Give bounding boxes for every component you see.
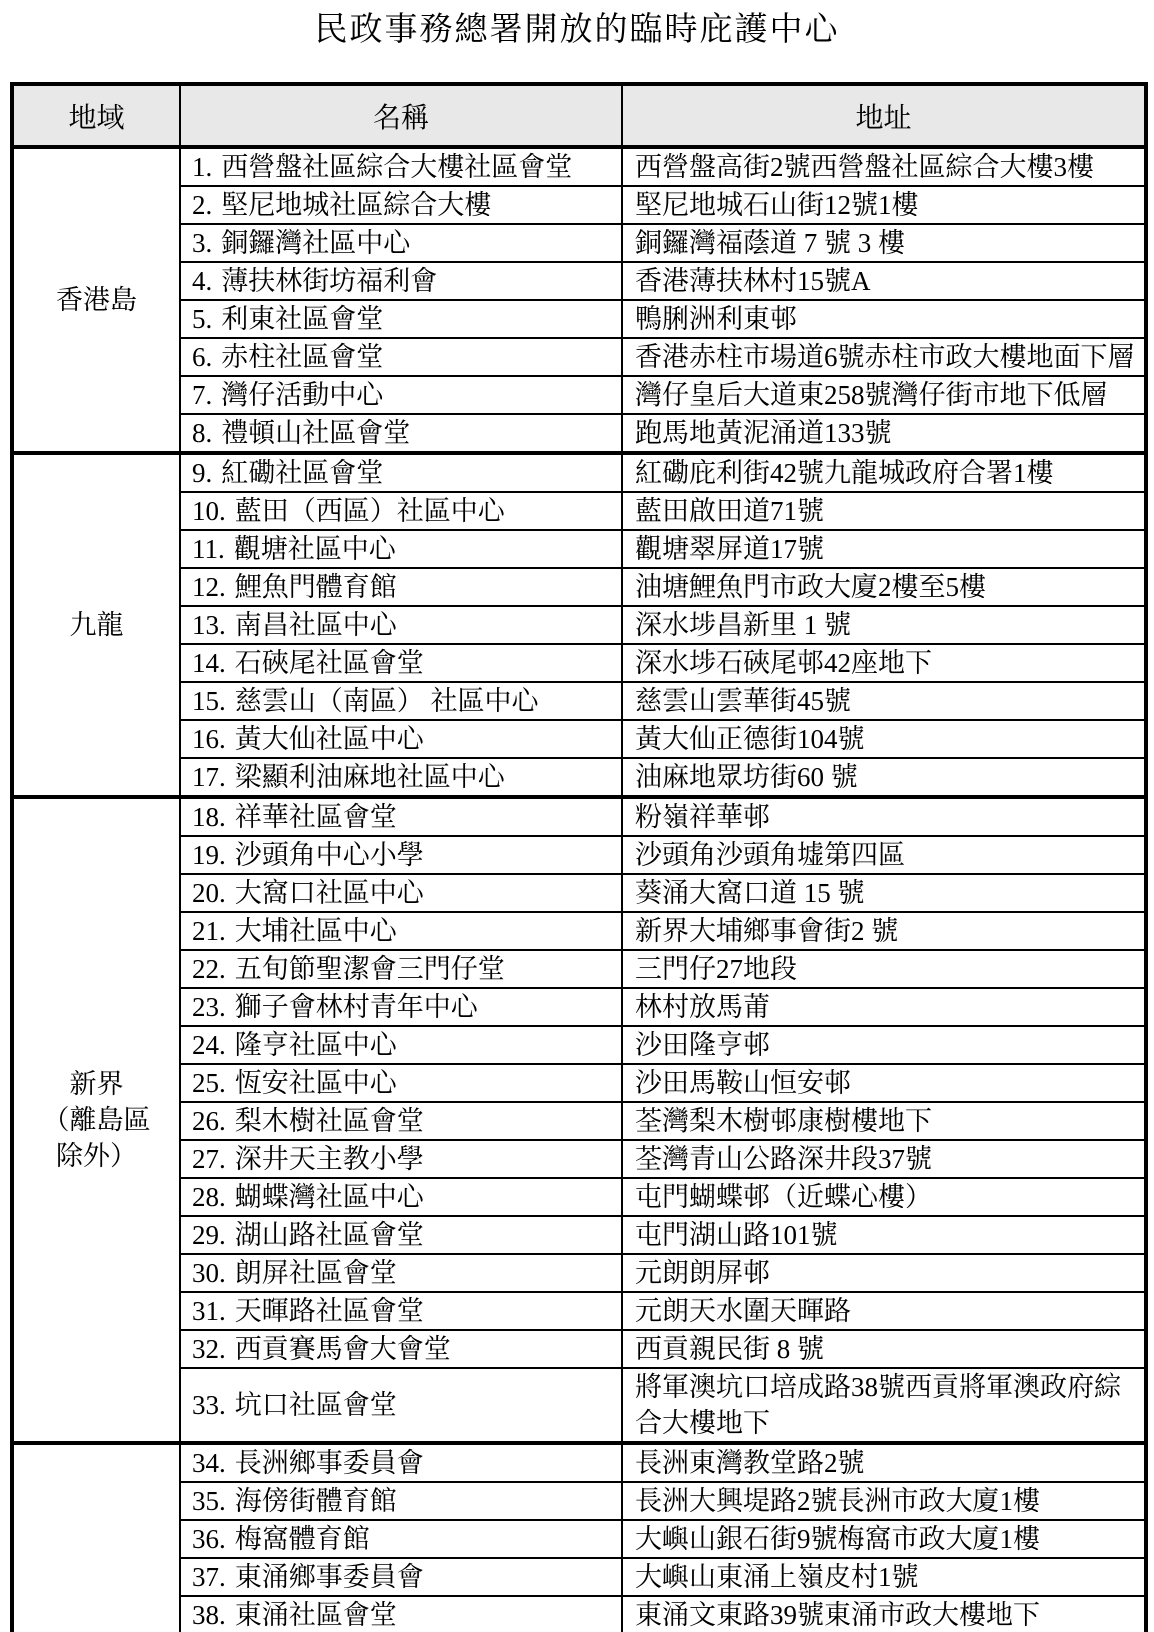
region-cell: 香港島	[12, 147, 180, 453]
name-cell: 10.藍田（西區）社區中心	[180, 492, 622, 530]
row-address: 將軍澳坑口培成路38號西貢將軍澳政府綜合大樓地下	[635, 1372, 1121, 1438]
row-number: 20.	[192, 878, 226, 908]
region-cell: 新界（離島區除外）	[12, 797, 180, 1443]
name-cell: 35.海傍街體育館	[180, 1482, 622, 1520]
row-name: 梨木樹社區會堂	[235, 1106, 424, 1136]
row-number: 6.	[192, 342, 212, 372]
row-address: 油塘鯉魚門市政大廈2樓至5樓	[635, 572, 986, 602]
row-address: 藍田啟田道71號	[635, 496, 824, 526]
table-row: 26.梨木樹社區會堂 荃灣梨木樹邨康樹樓地下	[12, 1102, 1146, 1140]
address-cell: 林村放馬莆	[622, 988, 1146, 1026]
name-cell: 1.西營盤社區綜合大樓社區會堂	[180, 147, 622, 186]
address-cell: 三門仔27地段	[622, 950, 1146, 988]
table-row: 23.獅子會林村青年中心 林村放馬莆	[12, 988, 1146, 1026]
name-cell: 6.赤柱社區會堂	[180, 338, 622, 376]
name-cell: 28.蝴蝶灣社區中心	[180, 1178, 622, 1216]
table-row: 33.坑口社區會堂 將軍澳坑口培成路38號西貢將軍澳政府綜合大樓地下	[12, 1368, 1146, 1443]
row-address: 堅尼地城石山街12號1樓	[635, 190, 919, 220]
column-header-name: 名稱	[180, 84, 622, 147]
row-name: 沙頭角中心小學	[235, 840, 424, 870]
address-cell: 紅磡庇利街42號九龍城政府合署1樓	[622, 453, 1146, 492]
row-name: 紅磡社區會堂	[221, 458, 383, 488]
name-cell: 30.朗屏社區會堂	[180, 1254, 622, 1292]
row-number: 27.	[192, 1144, 226, 1174]
table-row: 10.藍田（西區）社區中心 藍田啟田道71號	[12, 492, 1146, 530]
address-cell: 粉嶺祥華邨	[622, 797, 1146, 836]
row-name: 鯉魚門體育館	[235, 572, 397, 602]
row-name: 薄扶林街坊福利會	[221, 266, 437, 296]
row-number: 30.	[192, 1258, 226, 1288]
row-number: 8.	[192, 418, 212, 448]
table-row: 6.赤柱社區會堂 香港赤柱市場道6號赤柱市政大樓地面下層	[12, 338, 1146, 376]
row-address: 元朗天水圍天暉路	[635, 1296, 851, 1326]
address-cell: 深水埗昌新里 1 號	[622, 606, 1146, 644]
address-cell: 長洲大興堤路2號長洲市政大廈1樓	[622, 1482, 1146, 1520]
table-row: 14.石硤尾社區會堂 深水埗石硤尾邨42座地下	[12, 644, 1146, 682]
name-cell: 22.五旬節聖潔會三門仔堂	[180, 950, 622, 988]
address-cell: 觀塘翠屏道17號	[622, 530, 1146, 568]
address-cell: 黃大仙正德街104號	[622, 720, 1146, 758]
address-cell: 沙田馬鞍山恒安邨	[622, 1064, 1146, 1102]
table-row: 13.南昌社區中心 深水埗昌新里 1 號	[12, 606, 1146, 644]
table-row: 22.五旬節聖潔會三門仔堂 三門仔27地段	[12, 950, 1146, 988]
row-name: 大窩口社區中心	[235, 878, 424, 908]
row-address: 跑馬地黃泥涌道133號	[635, 418, 892, 448]
table-row: 15.慈雲山（南區） 社區中心 慈雲山雲華街45號	[12, 682, 1146, 720]
row-address: 鴨脷洲利東邨	[635, 304, 797, 334]
address-cell: 元朗天水圍天暉路	[622, 1292, 1146, 1330]
address-cell: 深水埗石硤尾邨42座地下	[622, 644, 1146, 682]
table-row: 32.西貢賽馬會大會堂 西貢親民街 8 號	[12, 1330, 1146, 1368]
table-row: 38.東涌社區會堂 東涌文東路39號東涌市政大樓地下	[12, 1596, 1146, 1632]
row-number: 10.	[192, 496, 226, 526]
row-address: 東涌文東路39號東涌市政大樓地下	[635, 1600, 1040, 1630]
row-address: 屯門湖山路101號	[635, 1220, 838, 1250]
address-cell: 荃灣梨木樹邨康樹樓地下	[622, 1102, 1146, 1140]
address-cell: 銅鑼灣福蔭道 7 號 3 樓	[622, 224, 1146, 262]
document-page: 民政事務總署開放的臨時庇護中心 地域 名稱 地址 香港島1.西營盤社區綜合大樓社…	[0, 10, 1154, 1632]
address-cell: 新界大埔鄉事會街2 號	[622, 912, 1146, 950]
row-name: 利東社區會堂	[221, 304, 383, 334]
address-cell: 香港赤柱市場道6號赤柱市政大樓地面下層	[622, 338, 1146, 376]
row-name: 五旬節聖潔會三門仔堂	[235, 954, 505, 984]
name-cell: 34.長洲鄉事委員會	[180, 1443, 622, 1482]
row-number: 33.	[192, 1390, 226, 1420]
name-cell: 5.利東社區會堂	[180, 300, 622, 338]
row-number: 38.	[192, 1600, 226, 1630]
row-name: 赤柱社區會堂	[221, 342, 383, 372]
name-cell: 24.隆亨社區中心	[180, 1026, 622, 1064]
table-row: 29.湖山路社區會堂 屯門湖山路101號	[12, 1216, 1146, 1254]
name-cell: 8.禮頓山社區會堂	[180, 414, 622, 453]
name-cell: 9.紅磡社區會堂	[180, 453, 622, 492]
table-row: 7.灣仔活動中心 灣仔皇后大道東258號灣仔街市地下低層	[12, 376, 1146, 414]
region-label-line: 九龍	[16, 607, 177, 643]
row-address: 荃灣青山公路深井段37號	[635, 1144, 932, 1174]
row-number: 22.	[192, 954, 226, 984]
address-cell: 香港薄扶林村15號A	[622, 262, 1146, 300]
table-row: 19.沙頭角中心小學 沙頭角沙頭角墟第四區	[12, 836, 1146, 874]
row-address: 西營盤高街2號西營盤社區綜合大樓3樓	[635, 152, 1094, 182]
row-number: 35.	[192, 1486, 226, 1516]
name-cell: 29.湖山路社區會堂	[180, 1216, 622, 1254]
table-row: 11.觀塘社區中心 觀塘翠屏道17號	[12, 530, 1146, 568]
name-cell: 16.黃大仙社區中心	[180, 720, 622, 758]
row-name: 蝴蝶灣社區中心	[235, 1182, 424, 1212]
address-cell: 將軍澳坑口培成路38號西貢將軍澳政府綜合大樓地下	[622, 1368, 1146, 1443]
row-number: 36.	[192, 1524, 226, 1554]
row-address: 三門仔27地段	[635, 954, 797, 984]
row-address: 香港薄扶林村15號A	[635, 266, 871, 296]
row-number: 19.	[192, 840, 226, 870]
name-cell: 26.梨木樹社區會堂	[180, 1102, 622, 1140]
row-number: 15.	[192, 686, 226, 716]
row-name: 梁顯利油麻地社區中心	[235, 762, 505, 792]
name-cell: 33.坑口社區會堂	[180, 1368, 622, 1443]
row-name: 坑口社區會堂	[235, 1390, 397, 1420]
name-cell: 18.祥華社區會堂	[180, 797, 622, 836]
address-cell: 大嶼山銀石街9號梅窩市政大廈1樓	[622, 1520, 1146, 1558]
column-header-region: 地域	[12, 84, 180, 147]
row-number: 28.	[192, 1182, 226, 1212]
region-label-line: 香港島	[16, 282, 177, 318]
table-row: 新界（離島區除外）18.祥華社區會堂 粉嶺祥華邨	[12, 797, 1146, 836]
row-number: 24.	[192, 1030, 226, 1060]
table-row: 37.東涌鄉事委員會 大嶼山東涌上嶺皮村1號	[12, 1558, 1146, 1596]
name-cell: 32.西貢賽馬會大會堂	[180, 1330, 622, 1368]
row-name: 黃大仙社區中心	[235, 724, 424, 754]
table-row: 31.天暉路社區會堂 元朗天水圍天暉路	[12, 1292, 1146, 1330]
row-name: 觀塘社區中心	[234, 534, 396, 564]
name-cell: 31.天暉路社區會堂	[180, 1292, 622, 1330]
table-row: 17.梁顯利油麻地社區中心 油麻地眾坊街60 號	[12, 758, 1146, 797]
address-cell: 長洲東灣教堂路2號	[622, 1443, 1146, 1482]
row-address: 屯門蝴蝶邨（近蝶心樓）	[635, 1182, 932, 1212]
table-row: 16.黃大仙社區中心 黃大仙正德街104號	[12, 720, 1146, 758]
region-label-line: 新界	[16, 1066, 177, 1102]
row-number: 34.	[192, 1448, 226, 1478]
row-name: 恆安社區中心	[235, 1068, 397, 1098]
name-cell: 12.鯉魚門體育館	[180, 568, 622, 606]
table-row: 34.長洲鄉事委員會 長洲東灣教堂路2號	[12, 1443, 1146, 1482]
table-row: 4.薄扶林街坊福利會 香港薄扶林村15號A	[12, 262, 1146, 300]
table-row: 35.海傍街體育館 長洲大興堤路2號長洲市政大廈1樓	[12, 1482, 1146, 1520]
table-body: 香港島1.西營盤社區綜合大樓社區會堂 西營盤高街2號西營盤社區綜合大樓3樓 2.…	[12, 147, 1146, 1632]
row-number: 3.	[192, 228, 212, 258]
address-cell: 沙田隆亨邨	[622, 1026, 1146, 1064]
region-cell: 九龍	[12, 453, 180, 797]
row-name: 朗屏社區會堂	[235, 1258, 397, 1288]
row-address: 長洲大興堤路2號長洲市政大廈1樓	[635, 1486, 1040, 1516]
row-address: 紅磡庇利街42號九龍城政府合署1樓	[635, 458, 1054, 488]
row-address: 元朗朗屏邨	[635, 1258, 770, 1288]
address-cell: 灣仔皇后大道東258號灣仔街市地下低層	[622, 376, 1146, 414]
row-name: 獅子會林村青年中心	[235, 992, 478, 1022]
row-address: 新界大埔鄉事會街2 號	[635, 916, 898, 946]
row-number: 23.	[192, 992, 226, 1022]
address-cell: 油塘鯉魚門市政大廈2樓至5樓	[622, 568, 1146, 606]
row-name: 海傍街體育館	[235, 1486, 397, 1516]
table-row: 36.梅窩體育館 大嶼山銀石街9號梅窩市政大廈1樓	[12, 1520, 1146, 1558]
row-address: 慈雲山雲華街45號	[635, 686, 851, 716]
table-row: 27.深井天主教小學 荃灣青山公路深井段37號	[12, 1140, 1146, 1178]
row-address: 西貢親民街 8 號	[635, 1334, 824, 1364]
table-row: 12.鯉魚門體育館 油塘鯉魚門市政大廈2樓至5樓	[12, 568, 1146, 606]
row-address: 深水埗石硤尾邨42座地下	[635, 648, 932, 678]
row-name: 西貢賽馬會大會堂	[235, 1334, 451, 1364]
row-name: 石硤尾社區會堂	[235, 648, 424, 678]
row-number: 25.	[192, 1068, 226, 1098]
row-name: 銅鑼灣社區中心	[221, 228, 410, 258]
row-number: 2.	[192, 190, 212, 220]
row-number: 13.	[192, 610, 226, 640]
name-cell: 11.觀塘社區中心	[180, 530, 622, 568]
table-row: 24.隆亨社區中心 沙田隆亨邨	[12, 1026, 1146, 1064]
row-number: 9.	[192, 458, 212, 488]
name-cell: 2.堅尼地城社區綜合大樓	[180, 186, 622, 224]
row-number: 32.	[192, 1334, 226, 1364]
row-address: 灣仔皇后大道東258號灣仔街市地下低層	[635, 380, 1108, 410]
row-address: 大嶼山東涌上嶺皮村1號	[635, 1562, 919, 1592]
name-cell: 4.薄扶林街坊福利會	[180, 262, 622, 300]
row-name: 西營盤社區綜合大樓社區會堂	[221, 152, 572, 182]
row-address: 葵涌大窩口道 15 號	[635, 878, 865, 908]
row-number: 37.	[192, 1562, 226, 1592]
row-number: 21.	[192, 916, 226, 946]
row-number: 1.	[192, 152, 212, 182]
table-row: 2.堅尼地城社區綜合大樓 堅尼地城石山街12號1樓	[12, 186, 1146, 224]
row-name: 慈雲山（南區） 社區中心	[235, 686, 539, 716]
row-address: 銅鑼灣福蔭道 7 號 3 樓	[635, 228, 905, 258]
address-cell: 西貢親民街 8 號	[622, 1330, 1146, 1368]
table-row: 九龍9.紅磡社區會堂 紅磡庇利街42號九龍城政府合署1樓	[12, 453, 1146, 492]
row-name: 梅窩體育館	[235, 1524, 370, 1554]
row-name: 長洲鄉事委員會	[235, 1448, 424, 1478]
row-address: 沙頭角沙頭角墟第四區	[635, 840, 905, 870]
row-name: 祥華社區會堂	[235, 802, 397, 832]
row-address: 黃大仙正德街104號	[635, 724, 865, 754]
row-name: 大埔社區中心	[235, 916, 397, 946]
row-number: 11.	[192, 534, 225, 564]
name-cell: 25.恆安社區中心	[180, 1064, 622, 1102]
row-address: 林村放馬莆	[635, 992, 770, 1022]
address-cell: 西營盤高街2號西營盤社區綜合大樓3樓	[622, 147, 1146, 186]
row-name: 南昌社區中心	[235, 610, 397, 640]
address-cell: 堅尼地城石山街12號1樓	[622, 186, 1146, 224]
name-cell: 3.銅鑼灣社區中心	[180, 224, 622, 262]
region-label-line: 除外）	[16, 1138, 177, 1174]
row-name: 禮頓山社區會堂	[221, 418, 410, 448]
row-number: 5.	[192, 304, 212, 334]
name-cell: 20.大窩口社區中心	[180, 874, 622, 912]
row-name: 東涌社區會堂	[235, 1600, 397, 1630]
address-cell: 藍田啟田道71號	[622, 492, 1146, 530]
table-row: 25.恆安社區中心 沙田馬鞍山恒安邨	[12, 1064, 1146, 1102]
name-cell: 37.東涌鄉事委員會	[180, 1558, 622, 1596]
shelter-table: 地域 名稱 地址 香港島1.西營盤社區綜合大樓社區會堂 西營盤高街2號西營盤社區…	[10, 82, 1148, 1632]
address-cell: 葵涌大窩口道 15 號	[622, 874, 1146, 912]
row-address: 大嶼山銀石街9號梅窩市政大廈1樓	[635, 1524, 1040, 1554]
row-name: 藍田（西區）社區中心	[235, 496, 505, 526]
row-address: 沙田馬鞍山恒安邨	[635, 1068, 851, 1098]
name-cell: 21.大埔社區中心	[180, 912, 622, 950]
name-cell: 19.沙頭角中心小學	[180, 836, 622, 874]
row-number: 7.	[192, 380, 212, 410]
address-cell: 慈雲山雲華街45號	[622, 682, 1146, 720]
row-address: 粉嶺祥華邨	[635, 802, 770, 832]
row-name: 堅尼地城社區綜合大樓	[221, 190, 491, 220]
name-cell: 23.獅子會林村青年中心	[180, 988, 622, 1026]
table-row: 28.蝴蝶灣社區中心 屯門蝴蝶邨（近蝶心樓）	[12, 1178, 1146, 1216]
row-name: 灣仔活動中心	[221, 380, 383, 410]
row-name: 隆亨社區中心	[235, 1030, 397, 1060]
row-address: 觀塘翠屏道17號	[635, 534, 824, 564]
row-number: 17.	[192, 762, 226, 792]
row-name: 天暉路社區會堂	[235, 1296, 424, 1326]
row-address: 油麻地眾坊街60 號	[635, 762, 858, 792]
region-label-line: （離島區	[16, 1102, 177, 1138]
region-cell	[12, 1443, 180, 1632]
name-cell: 14.石硤尾社區會堂	[180, 644, 622, 682]
table-row: 5.利東社區會堂 鴨脷洲利東邨	[12, 300, 1146, 338]
row-number: 12.	[192, 572, 226, 602]
row-name: 湖山路社區會堂	[235, 1220, 424, 1250]
table-row: 香港島1.西營盤社區綜合大樓社區會堂 西營盤高街2號西營盤社區綜合大樓3樓	[12, 147, 1146, 186]
name-cell: 38.東涌社區會堂	[180, 1596, 622, 1632]
row-address: 長洲東灣教堂路2號	[635, 1448, 865, 1478]
address-cell: 跑馬地黃泥涌道133號	[622, 414, 1146, 453]
address-cell: 大嶼山東涌上嶺皮村1號	[622, 1558, 1146, 1596]
table-row: 3.銅鑼灣社區中心 銅鑼灣福蔭道 7 號 3 樓	[12, 224, 1146, 262]
row-number: 18.	[192, 802, 226, 832]
row-address: 香港赤柱市場道6號赤柱市政大樓地面下層	[635, 342, 1135, 372]
row-name: 東涌鄉事委員會	[235, 1562, 424, 1592]
address-cell: 屯門湖山路101號	[622, 1216, 1146, 1254]
address-cell: 荃灣青山公路深井段37號	[622, 1140, 1146, 1178]
address-cell: 鴨脷洲利東邨	[622, 300, 1146, 338]
row-number: 4.	[192, 266, 212, 296]
row-address: 荃灣梨木樹邨康樹樓地下	[635, 1106, 932, 1136]
row-number: 29.	[192, 1220, 226, 1250]
row-name: 深井天主教小學	[235, 1144, 424, 1174]
table-row: 21.大埔社區中心 新界大埔鄉事會街2 號	[12, 912, 1146, 950]
name-cell: 17.梁顯利油麻地社區中心	[180, 758, 622, 797]
address-cell: 東涌文東路39號東涌市政大樓地下	[622, 1596, 1146, 1632]
table-row: 8.禮頓山社區會堂 跑馬地黃泥涌道133號	[12, 414, 1146, 453]
name-cell: 36.梅窩體育館	[180, 1520, 622, 1558]
table-row: 30.朗屏社區會堂 元朗朗屏邨	[12, 1254, 1146, 1292]
row-number: 16.	[192, 724, 226, 754]
address-cell: 油麻地眾坊街60 號	[622, 758, 1146, 797]
row-number: 26.	[192, 1106, 226, 1136]
name-cell: 7.灣仔活動中心	[180, 376, 622, 414]
row-number: 14.	[192, 648, 226, 678]
address-cell: 元朗朗屏邨	[622, 1254, 1146, 1292]
row-address: 沙田隆亨邨	[635, 1030, 770, 1060]
row-address: 深水埗昌新里 1 號	[635, 610, 851, 640]
page-title: 民政事務總署開放的臨時庇護中心	[0, 10, 1154, 51]
row-number: 31.	[192, 1296, 226, 1326]
table-header-row: 地域 名稱 地址	[12, 84, 1146, 147]
address-cell: 屯門蝴蝶邨（近蝶心樓）	[622, 1178, 1146, 1216]
column-header-address: 地址	[622, 84, 1146, 147]
name-cell: 27.深井天主教小學	[180, 1140, 622, 1178]
address-cell: 沙頭角沙頭角墟第四區	[622, 836, 1146, 874]
table-row: 20.大窩口社區中心 葵涌大窩口道 15 號	[12, 874, 1146, 912]
name-cell: 13.南昌社區中心	[180, 606, 622, 644]
name-cell: 15.慈雲山（南區） 社區中心	[180, 682, 622, 720]
